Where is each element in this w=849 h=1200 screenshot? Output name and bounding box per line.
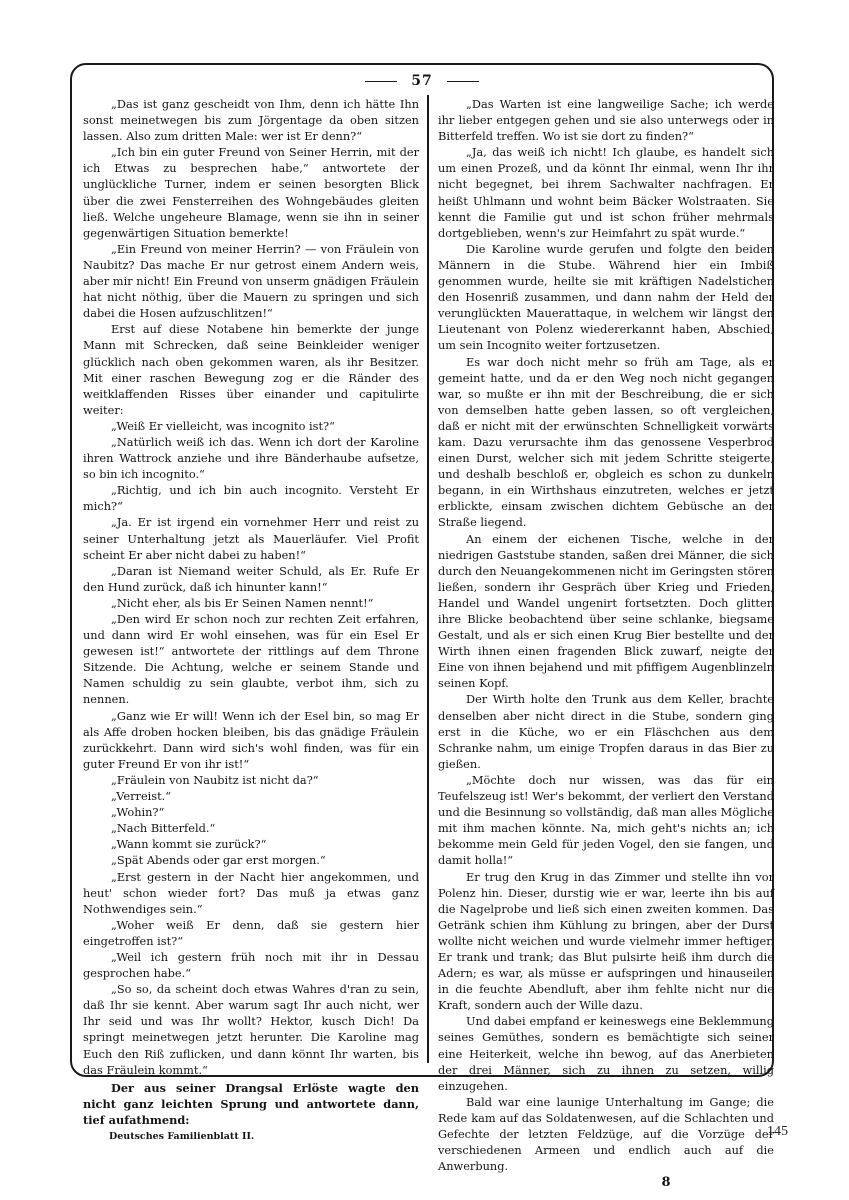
paragraph: „Ja, das weiß ich nicht! Ich glaube, es … xyxy=(438,144,774,241)
paragraph: Es war doch nicht mehr so früh am Tage, … xyxy=(438,354,774,531)
paragraph: „Weil ich gestern früh noch mit ihr in D… xyxy=(83,949,419,981)
right-column: „Das Warten ist eine langweilige Sache; … xyxy=(438,96,774,1191)
paragraph: Bald war eine launige Unterhaltung im Ga… xyxy=(438,1094,774,1174)
paragraph: „Natürlich weiß ich das. Wenn ich dort d… xyxy=(83,434,419,482)
paragraph: „Wohin?“ xyxy=(83,804,419,820)
header-rule-right xyxy=(447,81,479,82)
paragraph: „Erst gestern in der Nacht hier angekomm… xyxy=(83,869,419,917)
paragraph: „Woher weiß Er denn, daß sie gestern hie… xyxy=(83,917,419,949)
paragraph: „Ein Freund von meiner Herrin? — von Frä… xyxy=(83,241,419,321)
paragraph: An einem der eichenen Tische, welche in … xyxy=(438,531,774,692)
column-divider xyxy=(427,95,429,1063)
paragraph: „Ja. Er ist irgend ein vornehmer Herr un… xyxy=(83,514,419,562)
paragraph: „Ganz wie Er will! Wenn ich der Esel bin… xyxy=(83,708,419,772)
paragraph: „Verreist.“ xyxy=(83,788,419,804)
scan-page-number: 145 xyxy=(767,1124,788,1140)
paragraph: Und dabei empfand er keineswegs eine Bek… xyxy=(438,1013,774,1093)
left-column: „Das ist ganz gescheidt von Ihm, denn ic… xyxy=(83,96,419,1145)
paragraph: „Daran ist Niemand weiter Schuld, als Er… xyxy=(83,563,419,595)
paragraph: „Das Warten ist eine langweilige Sache; … xyxy=(438,96,774,144)
paragraph: „Den wird Er schon noch zur rechten Zeit… xyxy=(83,611,419,708)
paragraph: „Möchte doch nur wissen, was das für ein… xyxy=(438,772,774,869)
page-header: 57 xyxy=(72,73,772,89)
paragraph: „Weiß Er vielleicht, was incognito ist?“ xyxy=(83,418,419,434)
paragraph: „So so, da scheint doch etwas Wahres d'r… xyxy=(83,981,419,1078)
signature-mark: 8 xyxy=(438,1175,774,1191)
paragraph: „Ich bin ein guter Freund von Seiner Her… xyxy=(83,144,419,241)
paragraph: „Richtig, und ich bin auch incognito. Ve… xyxy=(83,482,419,514)
footer-note: Deutsches Familienblatt II. xyxy=(83,1129,419,1145)
paragraph: Die Karoline wurde gerufen und folgte de… xyxy=(438,241,774,354)
paragraph: „Nicht eher, als bis Er Seinen Namen nen… xyxy=(83,595,419,611)
paragraph: „Wann kommt sie zurück?“ xyxy=(83,836,419,852)
page-frame: 57 „Das ist ganz gescheidt von Ihm, denn… xyxy=(70,63,774,1077)
paragraph: Der aus seiner Drangsal Erlöste wagte de… xyxy=(83,1080,419,1128)
paragraph: „Nach Bitterfeld.“ xyxy=(83,820,419,836)
paragraph: Erst auf diese Notabene hin bemerkte der… xyxy=(83,321,419,418)
paragraph: „Fräulein von Naubitz ist nicht da?“ xyxy=(83,772,419,788)
paragraph: Er trug den Krug in das Zimmer und stell… xyxy=(438,869,774,1014)
header-rule-left xyxy=(365,81,397,82)
paragraph: Der Wirth holte den Trunk aus dem Keller… xyxy=(438,691,774,771)
paragraph: „Das ist ganz gescheidt von Ihm, denn ic… xyxy=(83,96,419,144)
header-page-number: 57 xyxy=(411,73,432,89)
paragraph: „Spät Abends oder gar erst morgen.“ xyxy=(83,852,419,868)
